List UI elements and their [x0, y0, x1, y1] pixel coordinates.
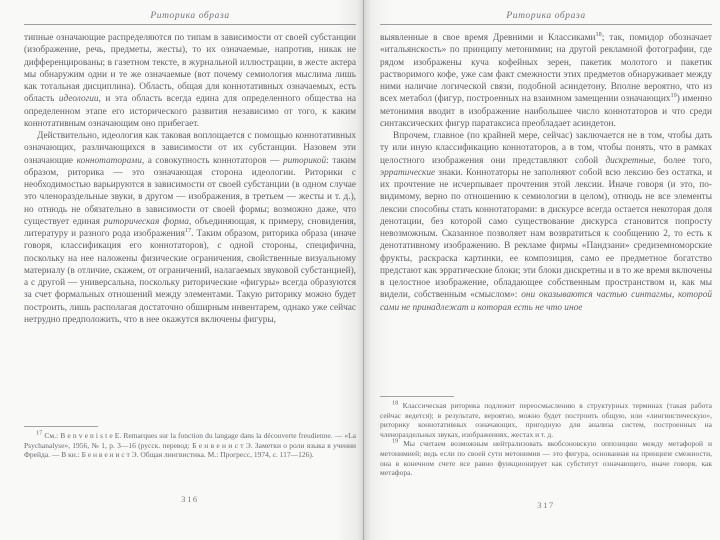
left-page: Риторика образа типные означающие распре… [24, 0, 356, 540]
paragraph: типные означающие распределяются по типа… [24, 32, 356, 130]
right-page: Риторика образа выявленные в свое время … [380, 0, 712, 540]
running-head-rule [24, 24, 356, 25]
paragraph: Впрочем, главное (по крайней мере, сейча… [380, 130, 712, 314]
footnotes: 17 См.: B e n v e n i s t e E. Remarques… [24, 431, 356, 460]
right-page-body: выявленные в свое время Древними и Класс… [380, 32, 712, 314]
footnote: 17 См.: B e n v e n i s t e E. Remarques… [24, 431, 356, 460]
footnote-separator [380, 396, 454, 397]
footnotes: 18 Классическая риторика подлежит переос… [380, 401, 712, 478]
footnote: 18 Классическая риторика подлежит переос… [380, 401, 712, 439]
book-spread: Риторика образа типные означающие распре… [0, 0, 720, 540]
left-page-body: типные означающие распределяются по типа… [24, 32, 356, 326]
gutter-line [363, 0, 364, 540]
page-number: 317 [380, 500, 712, 510]
running-head: Риторика образа [24, 0, 356, 21]
paragraph: выявленные в свое время Древними и Класс… [380, 32, 712, 130]
footnote-block: 17 См.: B e n v e n i s t e E. Remarques… [24, 426, 356, 460]
footnote-block: 18 Классическая риторика подлежит переос… [380, 396, 712, 478]
page-number: 316 [24, 494, 356, 504]
running-head-rule [380, 24, 712, 25]
footnote-separator [24, 426, 98, 427]
paragraph: Действительно, идеология как таковая воп… [24, 130, 356, 326]
running-head: Риторика образа [380, 0, 712, 21]
footnote: 19 Мы считаем возможным нейтрализовать я… [380, 439, 712, 477]
